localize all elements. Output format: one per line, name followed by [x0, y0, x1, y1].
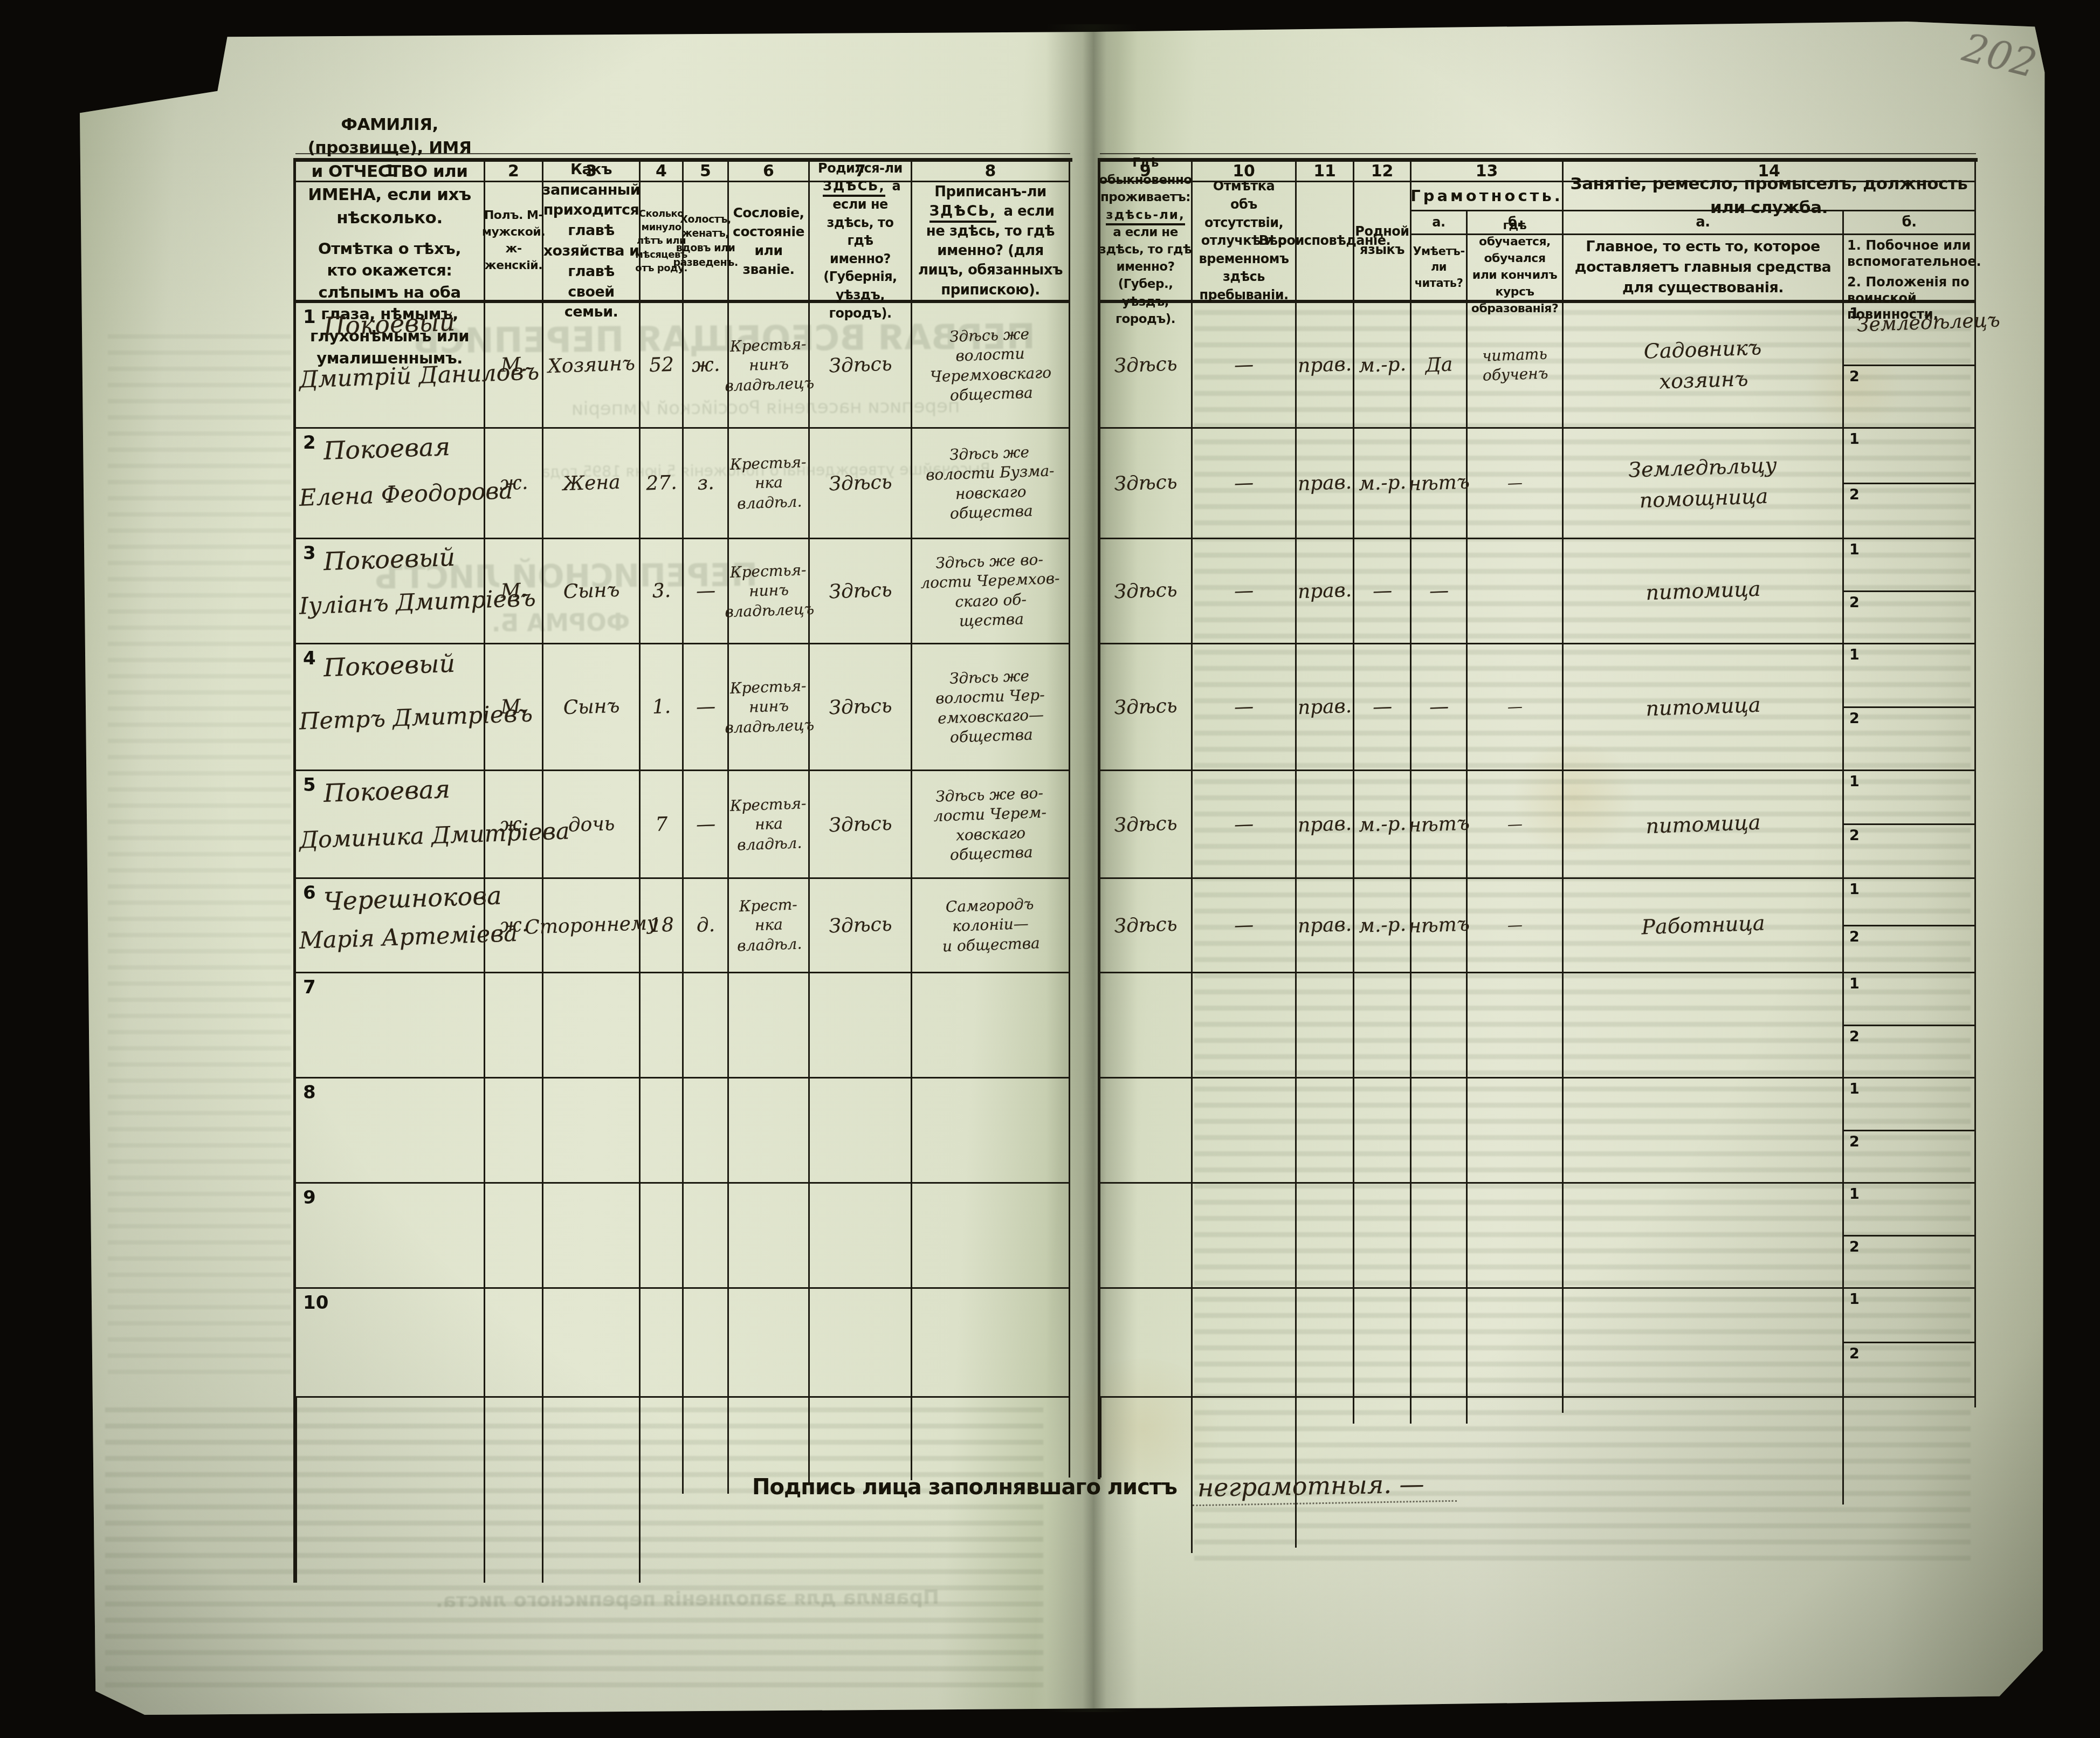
handwritten-entry: 18 — [649, 914, 674, 937]
row-7-side-occupation-2: 2 — [1844, 1026, 1976, 1078]
sub-row-number-2: 2 — [1849, 368, 1860, 385]
col-number-11: 11 — [1297, 162, 1354, 182]
handwritten-entry: М. — [500, 580, 527, 603]
handwritten-entry: нѣтъ — [1408, 812, 1470, 836]
col-header-literacy-title: Грамотность. — [1412, 182, 1564, 211]
sub-row-number-1: 1 — [1849, 881, 1860, 898]
handwritten-entry: Самгородъколоніи—и общества — [941, 894, 1040, 956]
handwritten-entry: Покоевый — [323, 307, 456, 340]
row-7-literate — [1412, 973, 1468, 1078]
row-4-registered: Здѣсь жеволости Чер-емховскаго—общества — [912, 644, 1070, 771]
row-6-side-occupation-2: 2 — [1844, 926, 1976, 973]
row-10-estate — [729, 1289, 810, 1398]
col-header-name: ФАМИЛІЯ, (прозвище), ИМЯ и ОТЧЕСТВО или … — [295, 182, 485, 303]
col-header-occupation-b-item1: 1. Побочное или вспомогательное. — [1844, 235, 1974, 272]
row-5-side-occupation-1: 1 — [1844, 771, 1976, 825]
column-rule-tail — [1410, 1398, 1412, 1424]
photo-background: { "photo": { "pencil_number": "202" }, "… — [0, 0, 2100, 1738]
row-7-education — [1468, 973, 1564, 1078]
row-7-age — [641, 973, 684, 1078]
row-3-absence: — — [1193, 539, 1297, 644]
sub-row-number-1: 1 — [1849, 647, 1860, 663]
row-1-registered: Здѣсь жеволостиЧеремховскагообщества — [912, 303, 1070, 429]
col-number-13: 13 — [1412, 162, 1564, 182]
handwritten-entry: Здѣсь жеволости Чер-емховскаго—общества — [934, 666, 1046, 748]
sub-row-number-1: 1 — [1849, 1081, 1860, 1097]
row-1-sex: М. — [485, 303, 543, 429]
row-9-name-cell: 9 — [295, 1184, 485, 1289]
row-3-name-cell: 3ПокоевыйІуліанъ Дмитріевъ — [295, 539, 485, 644]
row-5-language: м.-р. — [1354, 771, 1412, 879]
row-10-born — [810, 1289, 912, 1398]
handwritten-entry: Здѣсь — [828, 471, 892, 495]
column-rule-tail — [1069, 1398, 1070, 1478]
row-6-religion: прав. — [1297, 879, 1354, 973]
row-3-education — [1468, 539, 1564, 644]
row-7-sex — [485, 973, 543, 1078]
column-rule-tail — [1353, 1398, 1354, 1424]
row-6-residence: Здѣсь — [1100, 879, 1193, 973]
row-10-side-occupation-2: 2 — [1844, 1343, 1976, 1398]
row-1-language: м.-р. — [1354, 303, 1412, 429]
handwritten-entry: питомица — [1645, 807, 1761, 841]
column-rule-tail — [727, 1398, 729, 1494]
col-header-language: Родной языкъ — [1354, 182, 1412, 303]
handwritten-entry: — — [1507, 814, 1523, 834]
handwritten-entry: Работница — [1641, 908, 1765, 943]
handwritten-entry: ж. — [691, 354, 720, 377]
row-7-registered — [912, 973, 1070, 1078]
row-10-religion — [1297, 1289, 1354, 1398]
handwritten-entry: — — [1507, 697, 1523, 717]
row-4-literate: — — [1412, 644, 1468, 771]
row-number: 9 — [303, 1187, 316, 1208]
handwritten-entry: Здѣсь — [828, 812, 892, 836]
row-10-residence — [1100, 1289, 1193, 1398]
row-1-relation: Хозяинъ — [543, 303, 641, 429]
handwritten-entry: Крестья-нинъвладѣлецъ — [723, 560, 815, 622]
row-number: 8 — [303, 1082, 316, 1103]
sub-row-number-1: 1 — [1849, 773, 1860, 790]
row-8-estate — [729, 1078, 810, 1184]
column-rule-tail — [1466, 1398, 1468, 1424]
row-9-absence — [1193, 1184, 1297, 1289]
col-header-residence: Гдѣ обыкновенно проживаетъ: здѣсь-ли, а … — [1100, 182, 1193, 303]
row-4-education: — — [1468, 644, 1564, 771]
row-4-religion: прав. — [1297, 644, 1354, 771]
row-10-sex — [485, 1289, 543, 1398]
handwritten-entry: м.-р. — [1358, 913, 1406, 937]
signature-label: Подпись лица заполнявшаго листъ — [752, 1475, 1177, 1500]
handwritten-entry: 7 — [655, 813, 667, 836]
row-7-relation — [543, 973, 641, 1078]
row-1-estate: Крестья-нинъвладѣлецъ — [729, 303, 810, 429]
row-8-registered — [912, 1078, 1070, 1184]
row-7-religion — [1297, 973, 1354, 1078]
row-10-registered — [912, 1289, 1070, 1398]
row-8-name-cell: 8 — [295, 1078, 485, 1184]
column-rule-tail — [1842, 1398, 1844, 1505]
row-8-literate — [1412, 1078, 1468, 1184]
column-rule-tail — [1100, 1398, 1101, 1478]
handwritten-entry: Крестья-нкавладѣл. — [729, 452, 808, 514]
col-header-occupation-a: а. — [1564, 211, 1844, 235]
sub-row-number-1: 1 — [1849, 1291, 1860, 1308]
row-2-residence: Здѣсь — [1100, 429, 1193, 539]
row-3-born: Здѣсь — [810, 539, 912, 644]
handwritten-entry: Крест-нкавладѣл. — [735, 895, 802, 956]
row-9-registered — [912, 1184, 1070, 1289]
row-4-name-cell: 4ПокоевыйПетръ Дмитріевъ — [295, 644, 485, 771]
row-1-occupation: Садовникъхозяинъ — [1564, 303, 1844, 429]
row-6-registered: Самгородъколоніи—и общества — [912, 879, 1070, 973]
row-1-education: читатьобученъ — [1468, 303, 1564, 429]
row-10-education — [1468, 1289, 1564, 1398]
handwritten-entry: ж. — [499, 914, 528, 937]
row-4-occupation: питомица — [1564, 644, 1844, 771]
row-9-residence — [1100, 1184, 1193, 1289]
row-2-language: м.-р. — [1354, 429, 1412, 539]
handwritten-entry: — — [696, 580, 715, 602]
row-6-absence: — — [1193, 879, 1297, 973]
handwritten-entry: Да — [1424, 354, 1452, 377]
handwritten-entry: — — [696, 813, 715, 835]
row-10-occupation — [1564, 1289, 1844, 1398]
handwritten-entry: дочь — [568, 813, 615, 836]
row-2-registered: Здѣсь жеволости Бузма-новскагообщества — [912, 429, 1070, 539]
row-2-occupation: Земледѣльцупомощница — [1564, 429, 1844, 539]
handwritten-entry: прав. — [1297, 471, 1352, 495]
handwritten-entry: Здѣсь — [828, 579, 892, 603]
handwritten-entry: Садовникъхозяинъ — [1643, 332, 1762, 398]
row-1-name-cell: 1ПокоевыйДмитрій Даниловъ — [295, 303, 485, 429]
sub-row-number-2: 2 — [1849, 827, 1860, 844]
row-6-language: м.-р. — [1354, 879, 1412, 973]
handwritten-entry: — — [696, 696, 715, 718]
row-6-literate: нѣтъ — [1412, 879, 1468, 973]
row-2-absence: — — [1193, 429, 1297, 539]
col-header-born-post: а если не здѣсь, то гдѣ именно? (Губерні… — [823, 178, 900, 320]
row-3-religion: прав. — [1297, 539, 1354, 644]
row-5-marital: — — [684, 771, 729, 879]
handwritten-entry: питомица — [1645, 574, 1761, 608]
sub-row-number-1: 1 — [1849, 976, 1860, 992]
signature-handwritten-value: неграмотныя. — — [1192, 1469, 1457, 1507]
col-header-name-line1: ФАМИЛІЯ, (прозвище), ИМЯ и ОТЧЕСТВО или … — [301, 113, 478, 230]
row-6-marital: д. — [684, 879, 729, 973]
row-10-language — [1354, 1289, 1412, 1398]
row-4-language: — — [1354, 644, 1412, 771]
col-header-religion: Вѣроисповѣданіе. — [1297, 182, 1354, 303]
handwritten-entry: — — [1429, 696, 1449, 718]
row-3-sex: М. — [485, 539, 543, 644]
sub-row-number-2: 2 — [1849, 486, 1860, 503]
row-number: 2 — [303, 432, 316, 454]
row-4-residence: Здѣсь — [1100, 644, 1193, 771]
col-header-sex: Полъ. М-мужской. ж-женскій. — [485, 182, 543, 303]
row-8-born — [810, 1078, 912, 1184]
row-9-born — [810, 1184, 912, 1289]
row-3-estate: Крестья-нинъвладѣлецъ — [729, 539, 810, 644]
row-6-occupation: Работница — [1564, 879, 1844, 973]
row-3-registered: Здѣсь же во-лости Черемхов-скаго об-щест… — [912, 539, 1070, 644]
handwritten-entry: Здѣсь — [1113, 471, 1177, 495]
column-rule-tail — [484, 1398, 485, 1583]
row-5-registered: Здѣсь же во-лости Черем-ховскагообщества — [912, 771, 1070, 879]
sub-row-number-2: 2 — [1849, 710, 1860, 727]
handwritten-entry: М. — [500, 354, 527, 377]
col-header-occupation-title: Занятіе, ремесло, промыселъ, должность и… — [1564, 182, 1976, 211]
sub-row-number-2: 2 — [1849, 1345, 1860, 1362]
row-7-side-occupation-1: 1 — [1844, 973, 1976, 1026]
row-5-occupation: питомица — [1564, 771, 1844, 879]
row-8-education — [1468, 1078, 1564, 1184]
row-4-side-occupation-2: 2 — [1844, 708, 1976, 771]
col-header-born-underlined: ЗДѢСЬ, — [823, 178, 885, 197]
column-rule-tail — [1974, 1398, 1976, 1407]
handwritten-entry: м.-р. — [1358, 812, 1406, 836]
row-4-born: Здѣсь — [810, 644, 912, 771]
row-8-side-occupation-1: 1 — [1844, 1078, 1976, 1131]
row-number: 7 — [303, 977, 316, 998]
col-number-5: 5 — [684, 162, 729, 182]
row-6-age: 18 — [641, 879, 684, 973]
handwritten-entry: Крестья-нкавладѣл. — [729, 793, 808, 855]
row-3-age: 3. — [641, 539, 684, 644]
col-header-literacy-b-text: гдѣ обучается, обучался или кончилъ курс… — [1468, 235, 1564, 303]
row-5-born: Здѣсь — [810, 771, 912, 879]
row-6-relation: Стороннему — [543, 879, 641, 973]
row-7-name-cell: 7 — [295, 973, 485, 1078]
row-6-estate: Крест-нкавладѣл. — [729, 879, 810, 973]
col-header-residence-underlined: здѣсь-ли, — [1106, 208, 1185, 225]
row-7-occupation — [1564, 973, 1844, 1078]
row-1-born: Здѣсь — [810, 303, 912, 429]
row-8-side-occupation-2: 2 — [1844, 1131, 1976, 1184]
col-header-born-pre: Родился-ли — [818, 161, 903, 176]
handwritten-entry: питомица — [1645, 690, 1761, 724]
row-10-absence — [1193, 1289, 1297, 1398]
row-4-relation: Сынъ — [543, 644, 641, 771]
row-2-education: — — [1468, 429, 1564, 539]
col-number-12: 12 — [1354, 162, 1412, 182]
sub-row-number-1: 1 — [1849, 1186, 1860, 1203]
handwritten-entry: — — [1372, 580, 1392, 602]
handwritten-entry: м.-р. — [1358, 471, 1406, 495]
handwritten-entry: Сынъ — [563, 579, 620, 603]
col-header-registered-pre: Приписанъ-ли — [934, 184, 1046, 200]
handwritten-entry: Здѣсь же во-лости Черем-ховскагообщества — [933, 783, 1048, 865]
handwritten-entry: — — [1234, 472, 1254, 494]
col-header-occupation-a-text: Главное, то есть то, которое доставляетъ… — [1564, 235, 1844, 303]
handwritten-entry: Стороннему — [524, 912, 658, 939]
handwritten-entry: Хозяинъ — [547, 353, 635, 378]
column-rule-tail — [911, 1398, 912, 1480]
handwritten-entry: — — [1234, 580, 1254, 602]
row-9-side-occupation-2: 2 — [1844, 1236, 1976, 1289]
column-rule-tail — [682, 1398, 684, 1494]
row-number: 4 — [303, 648, 316, 669]
row-9-religion — [1297, 1184, 1354, 1289]
row-10-marital — [684, 1289, 729, 1398]
col-number-6: 6 — [729, 162, 810, 182]
row-7-residence — [1100, 973, 1193, 1078]
handwritten-entry: 27. — [645, 472, 677, 495]
row-9-marital — [684, 1184, 729, 1289]
handwritten-entry: Крестья-нинъвладѣлецъ — [723, 676, 815, 738]
col-number-8: 8 — [912, 162, 1070, 182]
row-9-occupation — [1564, 1184, 1844, 1289]
row-7-language — [1354, 973, 1412, 1078]
row-8-relation — [543, 1078, 641, 1184]
row-9-language — [1354, 1184, 1412, 1289]
row-3-occupation: питомица — [1564, 539, 1844, 644]
handwritten-entry: прав. — [1297, 695, 1352, 719]
handwritten-entry: Здѣсь — [828, 353, 892, 377]
col-number-2: 2 — [485, 162, 543, 182]
row-8-sex — [485, 1078, 543, 1184]
row-4-age: 1. — [641, 644, 684, 771]
row-8-residence — [1100, 1078, 1193, 1184]
row-2-name-cell: 2ПокоеваяЕлена Феодорова — [295, 429, 485, 539]
row-4-absence: — — [1193, 644, 1297, 771]
handwritten-entry: прав. — [1297, 353, 1352, 377]
row-4-sex: М. — [485, 644, 543, 771]
row-9-age — [641, 1184, 684, 1289]
row-number: 6 — [303, 882, 316, 904]
row-5-residence: Здѣсь — [1100, 771, 1193, 879]
handwritten-entry: Покоевый — [323, 648, 456, 682]
row-1-literate: Да — [1412, 303, 1468, 429]
row-1-marital: ж. — [684, 303, 729, 429]
row-2-religion: прав. — [1297, 429, 1354, 539]
row-6-name-cell: 6ЧерешноковаМарія Артеміева — [295, 879, 485, 973]
row-5-literate: нѣтъ — [1412, 771, 1468, 879]
col-header-relation: Какъ записанный приходится главѣ хозяйст… — [543, 182, 641, 303]
col-header-registered: Приписанъ-ли ЗДѢСЬ, а если не здѣсь, то … — [912, 182, 1070, 303]
handwritten-entry: Здѣсь — [1113, 353, 1177, 377]
handwritten-entry: Покоевая — [323, 774, 451, 808]
row-2-estate: Крестья-нкавладѣл. — [729, 429, 810, 539]
handwritten-entry: Здѣсь же во-лости Черемхов-скаго об-щест… — [919, 549, 1061, 633]
column-rule-tail — [295, 1398, 297, 1583]
handwritten-entry: нѣтъ — [1408, 471, 1470, 496]
handwritten-entry: Жена — [562, 471, 620, 496]
handwritten-entry: — — [1234, 696, 1254, 718]
row-7-born — [810, 973, 912, 1078]
handwritten-entry: з. — [697, 472, 714, 494]
handwritten-entry: прав. — [1297, 913, 1352, 937]
row-2-marital: з. — [684, 429, 729, 539]
row-1-side-occupation-2: 2 — [1844, 366, 1976, 429]
row-10-side-occupation-1: 1 — [1844, 1289, 1976, 1343]
handwritten-entry: прав. — [1297, 812, 1352, 836]
sub-row-number-2: 2 — [1849, 1134, 1860, 1150]
row-5-religion: прав. — [1297, 771, 1354, 879]
row-3-literate: — — [1412, 539, 1468, 644]
handwritten-entry: М. — [500, 696, 527, 719]
handwritten-entry: Здѣсь — [828, 695, 892, 719]
row-8-occupation — [1564, 1078, 1844, 1184]
handwritten-entry: нѣтъ — [1408, 913, 1470, 938]
row-5-estate: Крестья-нкавладѣл. — [729, 771, 810, 879]
sub-row-number-1: 1 — [1849, 431, 1860, 448]
handwritten-entry: 52 — [649, 354, 674, 377]
col-header-estate: Сословіе, состояніе или званіе. — [729, 182, 810, 303]
col-number-4: 4 — [641, 162, 684, 182]
handwritten-entry: Здѣсь жеволости Бузма-новскагообщества — [925, 442, 1056, 525]
row-9-literate — [1412, 1184, 1468, 1289]
row-number: 3 — [303, 542, 316, 564]
handwritten-entry: Земледѣльцупомощница — [1628, 450, 1778, 517]
handwritten-entry: Здѣсь — [1113, 579, 1177, 603]
handwritten-entry: Сынъ — [563, 695, 620, 719]
row-5-age: 7 — [641, 771, 684, 879]
handwritten-entry: — — [1234, 914, 1254, 937]
row-5-relation: дочь — [543, 771, 641, 879]
row-6-side-occupation-1: 1 — [1844, 879, 1976, 926]
row-1-absence: — — [1193, 303, 1297, 429]
handwritten-entry: Елена Феодорова — [299, 477, 513, 512]
row-2-age: 27. — [641, 429, 684, 539]
row-1-residence: Здѣсь — [1100, 303, 1193, 429]
row-3-side-occupation-1: 1 — [1844, 539, 1976, 592]
row-10-name-cell: 10 — [295, 1289, 485, 1398]
sub-row-number-2: 2 — [1849, 1239, 1860, 1255]
handwritten-entry: — — [1429, 580, 1449, 602]
sub-row-number-1: 1 — [1849, 541, 1860, 558]
row-3-side-occupation-2: 2 — [1844, 592, 1976, 644]
handwritten-entry: — — [1234, 354, 1254, 376]
row-7-marital — [684, 973, 729, 1078]
handwritten-entry: Покоевая — [323, 432, 451, 465]
handwritten-entry: д. — [696, 914, 715, 937]
col-header-occupation-b-text: 1. Побочное или вспомогательное. 2. Поло… — [1844, 235, 1976, 303]
row-4-side-occupation-1: 1 — [1844, 644, 1976, 708]
row-8-absence — [1193, 1078, 1297, 1184]
row-10-relation — [543, 1289, 641, 1398]
handwritten-entry: — — [1507, 473, 1523, 493]
handwritten-entry: ж. — [499, 472, 528, 495]
row-9-estate — [729, 1184, 810, 1289]
row-4-marital: — — [684, 644, 729, 771]
row-9-education — [1468, 1184, 1564, 1289]
row-8-age — [641, 1078, 684, 1184]
row-7-absence — [1193, 973, 1297, 1078]
handwritten-entry: читатьобученъ — [1482, 345, 1548, 386]
row-9-sex — [485, 1184, 543, 1289]
row-5-education: — — [1468, 771, 1564, 879]
table-top-thin-rule — [1100, 153, 1976, 154]
row-9-side-occupation-1: 1 — [1844, 1184, 1976, 1236]
row-5-sex: ж. — [485, 771, 543, 879]
handwritten-entry: Крестья-нинъвладѣлецъ — [723, 334, 815, 396]
row-4-estate: Крестья-нинъвладѣлецъ — [729, 644, 810, 771]
row-number: 5 — [303, 774, 316, 796]
sub-row-number-2: 2 — [1849, 594, 1860, 611]
row-1-side-occupation-1: 1Земледѣлецъ — [1844, 303, 1976, 366]
row-8-religion — [1297, 1078, 1354, 1184]
handwritten-entry: ж. — [499, 813, 528, 836]
handwritten-entry: 1. — [652, 696, 671, 718]
handwritten-entry: — — [1372, 696, 1392, 718]
column-rule-tail — [808, 1398, 810, 1483]
row-6-education: — — [1468, 879, 1564, 973]
row-6-born: Здѣсь — [810, 879, 912, 973]
col-header-registered-underlined: ЗДѢСЬ, — [929, 203, 996, 223]
row-8-marital — [684, 1078, 729, 1184]
row-1-age: 52 — [641, 303, 684, 429]
